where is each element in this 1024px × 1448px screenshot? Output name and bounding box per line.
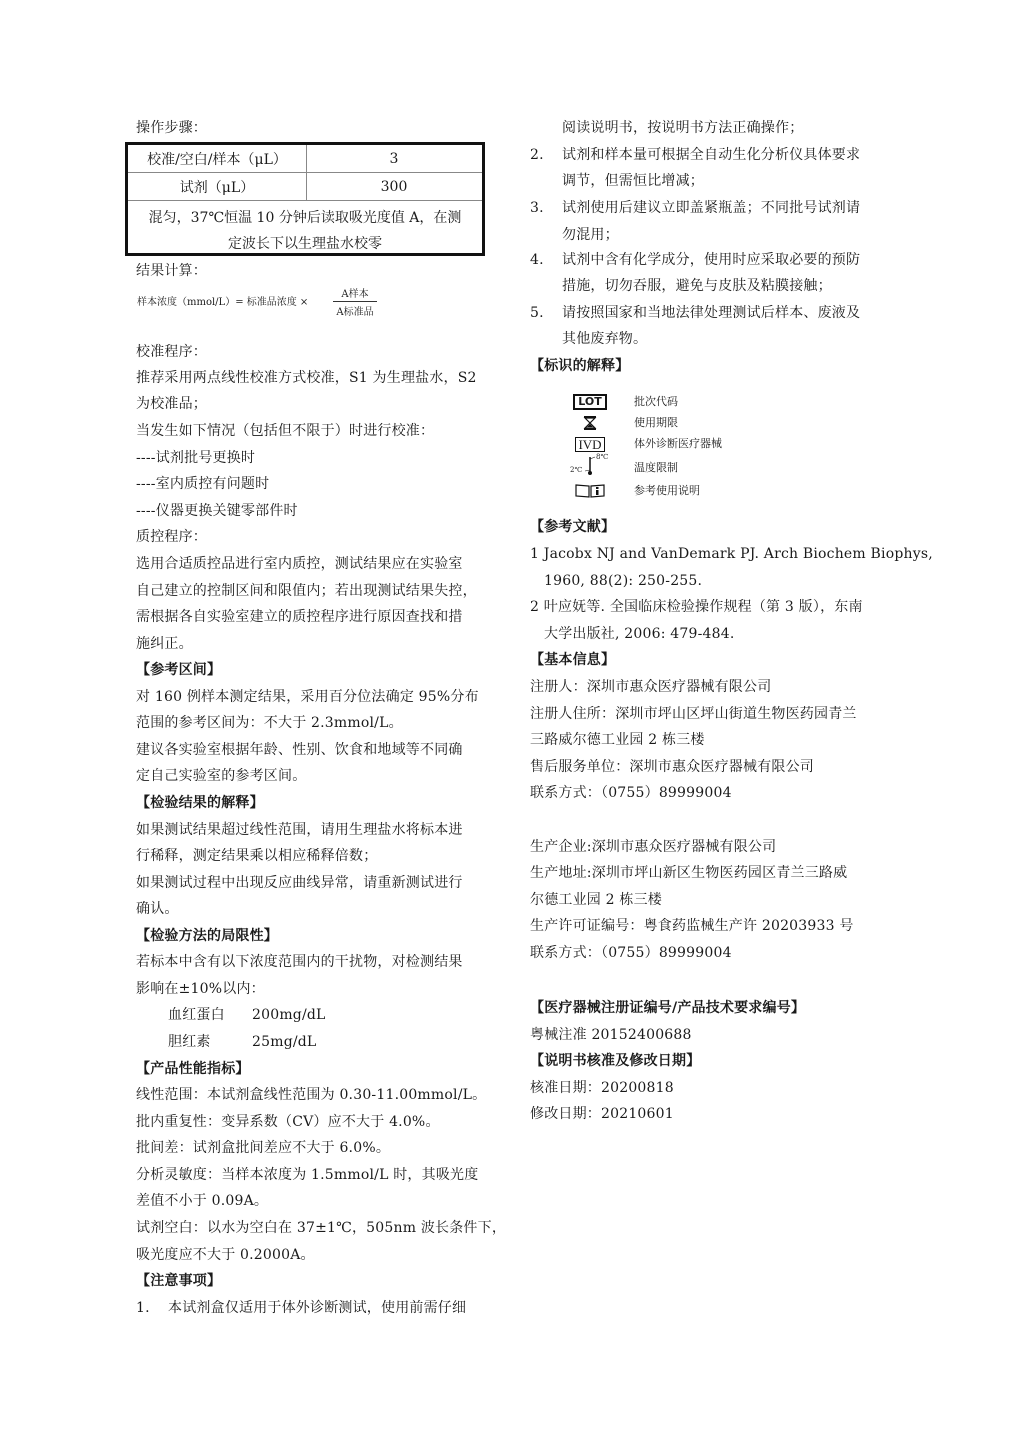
precaution-number: 1. <box>136 1299 150 1317</box>
precaution-text: 试剂使用后建议立即盖紧瓶盖；不同批号试剂请 <box>562 199 860 217</box>
limitations-text: 若标本中含有以下浓度范围内的干扰物，对检测结果 <box>136 953 463 971</box>
table-cell-value: 3 <box>306 145 482 172</box>
interferent-value: 25mg/dL <box>252 1033 316 1051</box>
temp-high: 8℃ <box>596 453 608 461</box>
section-title-precautions: 【注意事项】 <box>136 1272 221 1290</box>
registrant-address: 三路威尔德工业园 2 栋三楼 <box>530 731 705 749</box>
fraction-bar <box>333 301 377 302</box>
qc-text: 施纠正。 <box>136 635 193 653</box>
calibration-text: 为校准品； <box>136 395 207 413</box>
reference-range-text: 建议各实验室根据年龄、性别、饮食和地域等不同确 <box>136 741 463 759</box>
manufacturer: 生产企业:深圳市惠众医疗器械有限公司 <box>530 838 776 856</box>
precaution-text: 本试剂盒仅适用于体外诊断测试，使用前需仔细 <box>168 1299 466 1317</box>
manufacturer-address: 生产地址:深圳市坪山新区生物医药园区青兰三路威 <box>530 864 847 882</box>
limitations-text: 影响在±10%以内： <box>136 980 265 998</box>
operation-table: 校准/空白/样本（μL） 3 试剂（μL） 300 混匀，37℃恒温 10 分钟… <box>125 142 485 256</box>
registrant: 注册人：深圳市惠众医疗器械有限公司 <box>530 678 771 696</box>
table-row: 校准/空白/样本（μL） 3 <box>128 145 482 173</box>
performance-text: 批内重复性：变异系数（CV）应不大于 4.0%。 <box>136 1113 440 1131</box>
qc-text: 选用合适质控品进行室内质控，测试结果应在实验室 <box>136 555 463 573</box>
calc-formula: 样本浓度（mmol/L）= 标准品浓度 × A样本 A标准品 <box>137 293 308 308</box>
registrant-address: 注册人住所：深圳市坪山区坪山街道生物医药园青兰 <box>530 705 857 723</box>
symbol-label: 温度限制 <box>634 460 678 476</box>
contact: 联系方式：（0755）89999004 <box>530 784 732 802</box>
interpretation-text: 确认。 <box>136 900 179 918</box>
precaution-text: 勿混用； <box>562 226 619 244</box>
registration-number: 粤械注准 20152400688 <box>530 1026 692 1044</box>
symbol-label: 体外诊断医疗器械 <box>634 436 722 452</box>
section-title-dates: 【说明书核准及修改日期】 <box>530 1052 700 1070</box>
calibration-item: ----试剂批号更换时 <box>136 449 255 467</box>
interferent-value: 200mg/dL <box>252 1006 326 1024</box>
calibration-text: 当发生如下情况（包括但不限于）时进行校准： <box>136 422 434 440</box>
symbol-label: 使用期限 <box>634 415 678 431</box>
performance-text: 线性范围：本试剂盒线性范围为 0.30-11.00mmol/L。 <box>136 1086 486 1104</box>
section-title-registration: 【医疗器械注册证编号/产品技术要求编号】 <box>530 999 805 1017</box>
section-title-interpretation: 【检验结果的解释】 <box>136 794 264 812</box>
precaution-text: 调节，但需恒比增减； <box>562 172 704 190</box>
temp-low: 2℃ <box>570 466 582 474</box>
precaution-text: 请按照国家和当地法律处理测试后样本、废液及 <box>562 304 860 322</box>
calibration-text: 推荐采用两点线性校准方式校准，S1 为生理盐水，S2 <box>136 369 477 387</box>
contact: 联系方式：（0755）89999004 <box>530 944 732 962</box>
ivd-icon-text: IVD <box>575 437 604 452</box>
interferent-name: 血红蛋白 <box>168 1006 225 1024</box>
reference-entry: 1960, 88(2): 250-255. <box>544 572 702 590</box>
section-title-references: 【参考文献】 <box>530 518 615 536</box>
section-title-basic-info: 【基本信息】 <box>530 651 615 669</box>
section-title-performance: 【产品性能指标】 <box>136 1060 250 1078</box>
reference-entry: 2 叶应妩等. 全国临床检验操作规程（第 3 版），东南 <box>530 598 863 616</box>
table-row: 试剂（μL） 300 <box>128 173 482 201</box>
interpretation-text: 如果测试过程中出现反应曲线异常，请重新测试进行 <box>136 874 463 892</box>
calibration-title: 校准程序： <box>136 343 207 361</box>
service-unit: 售后服务单位：深圳市惠众医疗器械有限公司 <box>530 758 814 776</box>
performance-text: 试剂空白：以水为空白在 37±1℃，505nm 波长条件下， <box>136 1219 506 1237</box>
lot-icon-text: LOT <box>573 394 606 410</box>
performance-text: 分析灵敏度：当样本浓度为 1.5mmol/L 时，其吸光度 <box>136 1166 478 1184</box>
table-cell-label: 校准/空白/样本（μL） <box>128 145 306 172</box>
precaution-number: 3. <box>530 199 544 217</box>
manufacturer-address: 尔德工业园 2 栋三楼 <box>530 891 662 909</box>
qc-text: 需根据各自实验室建立的质控程序进行原因查找和措 <box>136 608 463 626</box>
qc-title: 质控程序： <box>136 528 207 546</box>
table-note-line: 混匀，37℃恒温 10 分钟后读取吸光度值 A，在测 <box>128 205 482 231</box>
formula-numerator: A样本 <box>333 285 377 300</box>
table-column-divider <box>306 145 307 201</box>
operation-steps-title: 操作步骤： <box>136 119 207 137</box>
performance-text: 吸光度应不大于 0.2000A。 <box>136 1246 315 1264</box>
table-note-line: 定波长下以生理盐水校零 <box>128 231 482 257</box>
precaution-number: 2. <box>530 146 544 164</box>
hourglass-icon <box>568 415 612 431</box>
performance-text: 批间差：试剂盒批间差应不大于 6.0%。 <box>136 1139 390 1157</box>
calc-title: 结果计算： <box>136 262 207 280</box>
thermometer-icon: 8℃ 2℃ <box>568 455 612 477</box>
precaution-text: 其他废弃物。 <box>562 330 647 348</box>
precaution-number: 4. <box>530 251 544 269</box>
precaution-number: 5. <box>530 304 544 322</box>
reference-range-text: 对 160 例样本测定结果，采用百分位法确定 95%分布 <box>136 688 479 706</box>
table-cell-label: 试剂（μL） <box>128 173 306 200</box>
symbol-label: 批次代码 <box>634 394 678 410</box>
calibration-item: ----仪器更换关键零部件时 <box>136 502 298 520</box>
revision-date: 修改日期：20210601 <box>530 1105 674 1123</box>
precaution-text: 试剂中含有化学成分，使用时应采取必要的预防 <box>562 251 860 269</box>
reference-range-text: 定自己实验室的参考区间。 <box>136 767 306 785</box>
approval-date: 核准日期：20200818 <box>530 1079 674 1097</box>
qc-text: 自己建立的控制区间和限值内；若出现测试结果失控， <box>136 582 477 600</box>
section-title-symbols: 【标识的解释】 <box>530 357 629 375</box>
precaution-text: 措施，切勿吞服，避免与皮肤及粘膜接触； <box>562 277 832 295</box>
reference-range-text: 范围的参考区间为：不大于 2.3mmol/L。 <box>136 714 403 732</box>
calibration-item: ----室内质控有问题时 <box>136 475 269 493</box>
reference-entry: 大学出版社, 2006: 479-484. <box>544 625 735 643</box>
reference-entry: 1 Jacobx NJ and VanDemark PJ. Arch Bioch… <box>530 545 933 563</box>
formula-denominator: A标准品 <box>333 303 377 318</box>
production-license: 生产许可证编号：粤食药监械生产许 20203933 号 <box>530 917 854 935</box>
interpretation-text: 行稀释，测定结果乘以相应稀释倍数； <box>136 847 377 865</box>
symbol-label: 参考使用说明 <box>634 483 700 499</box>
formula-fraction: A样本 A标准品 <box>333 285 377 318</box>
table-note: 混匀，37℃恒温 10 分钟后读取吸光度值 A，在测 定波长下以生理盐水校零 <box>128 205 482 257</box>
table-cell-value: 300 <box>306 173 482 200</box>
formula-lhs: 样本浓度（mmol/L）= 标准品浓度 × <box>137 297 308 308</box>
section-title-limitations: 【检验方法的局限性】 <box>136 927 278 945</box>
section-title-reference-range: 【参考区间】 <box>136 661 221 679</box>
interferent-name: 胆红素 <box>168 1033 211 1051</box>
interpretation-text: 如果测试结果超过线性范围，请用生理盐水将标本进 <box>136 821 463 839</box>
precaution-text: 阅读说明书，按说明书方法正确操作； <box>562 119 803 137</box>
precaution-text: 试剂和样本量可根据全自动生化分析仪具体要求 <box>562 146 860 164</box>
book-info-icon <box>568 483 612 499</box>
lot-icon: LOT <box>568 394 612 410</box>
performance-text: 差值不小于 0.09A。 <box>136 1192 268 1210</box>
ivd-icon: IVD <box>568 436 612 452</box>
